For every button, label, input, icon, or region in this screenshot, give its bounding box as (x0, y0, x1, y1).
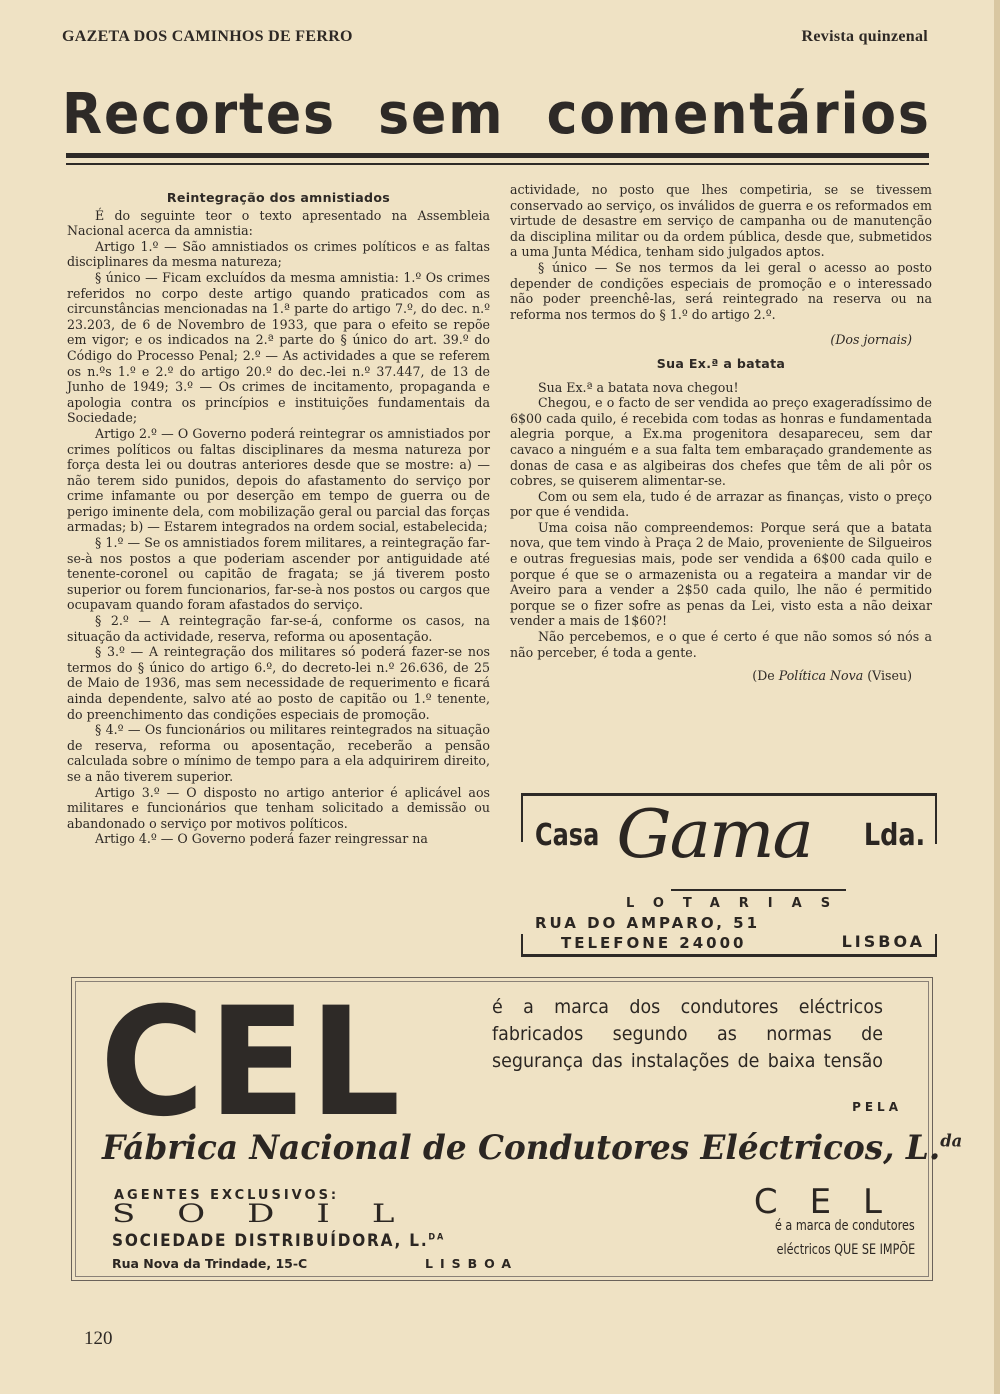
paragraph: § único — Ficam excluídos da mesma amnis… (67, 270, 490, 426)
ad-gama-city: LISBOA (842, 932, 925, 951)
article-title-amnistia: Reintegração dos amnistiados (67, 190, 490, 206)
paragraph: Sua Ex.ª a batata nova chegou! (510, 380, 932, 396)
title-rule-thin (66, 163, 929, 165)
ad-cel-secondary-logo: CEL (754, 1182, 914, 1222)
paragraph: Chegou, e o facto de ser vendida ao preç… (510, 395, 932, 489)
ad-cel-tagline: é a marca dos condutores eléctricos fabr… (492, 994, 883, 1075)
article-title-batata: Sua Ex.ª a batata (510, 356, 932, 372)
ad-cel-pela: PELA (852, 1100, 902, 1114)
article-source: (Dos jornais) (510, 332, 912, 348)
agent-full-sup: DA (428, 1232, 445, 1242)
paragraph: Artigo 4.º — O Governo poderá fazer rein… (67, 831, 490, 847)
ad-gama-subtitle: LOTARIAS (626, 896, 849, 911)
paragraph: Não percebemos, e o que é certo é que nã… (510, 629, 932, 660)
title-rule-thick (66, 153, 929, 158)
ad-cel-slogan-line2: eléctricos QUE SE IMPÕE (776, 1242, 915, 1258)
paragraph: § 2.º — A reintegração far-se-á, conform… (67, 613, 490, 644)
column-right: actividade, no posto que lhes competiria… (510, 182, 932, 684)
ad-gama-underline (671, 889, 846, 891)
ad-casa-gama: Casa Gama Lda. LOTARIAS RUA DO AMPARO, 5… (521, 793, 937, 957)
section-title: Recortes sem comentários (62, 85, 867, 145)
ad-border (521, 934, 523, 954)
ad-gama-phone: TELEFONE 24000 (561, 934, 747, 952)
article-source: (De Política Nova (Viseu) (510, 668, 912, 684)
running-head: GAZETA DOS CAMINHOS DE FERRO Revista qui… (62, 28, 928, 46)
ad-cel-agent-full: SOCIEDADE DISTRIBUÍDORA, L.DA (112, 1231, 445, 1251)
paragraph: § 3.º — A reintegração dos militares só … (67, 644, 490, 722)
ad-gama-address: RUA DO AMPARO, 51 (535, 914, 760, 932)
paragraph: Com ou sem ela, tudo é de arrazar as fin… (510, 489, 932, 520)
source-suffix: (Viseu) (863, 668, 912, 683)
source-name: Política Nova (779, 668, 863, 683)
ad-cel-agent-name: SODIL (112, 1200, 436, 1227)
factory-name: Fábrica Nacional de Condutores Eléctrico… (102, 1128, 940, 1168)
ad-gama-lda: Lda. (864, 818, 925, 853)
column-left: Reintegração dos amnistiados É do seguin… (67, 190, 490, 847)
ad-cel-factory: Fábrica Nacional de Condutores Eléctrico… (102, 1128, 962, 1168)
page-number: 120 (84, 1328, 113, 1350)
page-edge (994, 0, 1000, 1394)
paragraph: Uma coisa não compreendemos: Porque será… (510, 520, 932, 629)
paragraph: § 4.º — Os funcionários ou militares rei… (67, 722, 490, 784)
agent-full-name: SOCIEDADE DISTRIBUÍDORA, L. (112, 1231, 428, 1251)
ad-cel-logo: CEL (100, 988, 404, 1138)
ad-gama-logo: Gama (616, 796, 811, 873)
ad-cel-slogan-line1: é a marca de condutores (775, 1218, 915, 1234)
source-prefix: (De (752, 668, 778, 683)
ad-cel: CEL é a marca dos condutores eléctricos … (71, 977, 933, 1281)
paragraph-continuation: actividade, no posto que lhes competiria… (510, 182, 932, 260)
publication-frequency: Revista quinzenal (802, 28, 928, 46)
paragraph: Artigo 1.º — São amnistiados os crimes p… (67, 239, 490, 270)
ad-border (935, 934, 937, 954)
paragraph: § único — Se nos termos da lei geral o a… (510, 260, 932, 322)
ad-gama-casa: Casa (535, 818, 599, 853)
paragraph: Artigo 2.º — O Governo poderá reintegrar… (67, 426, 490, 535)
ad-cel-city: LISBOA (425, 1256, 518, 1271)
publication-name: GAZETA DOS CAMINHOS DE FERRO (62, 28, 353, 46)
paragraph: É do seguinte teor o texto apresentado n… (67, 208, 490, 239)
factory-sup: da (940, 1132, 962, 1152)
paragraph: § 1.º — Se os amnistiados forem militare… (67, 535, 490, 613)
ad-cel-street: Rua Nova da Trindade, 15-C (112, 1256, 307, 1271)
paragraph: Artigo 3.º — O disposto no artigo anteri… (67, 785, 490, 832)
